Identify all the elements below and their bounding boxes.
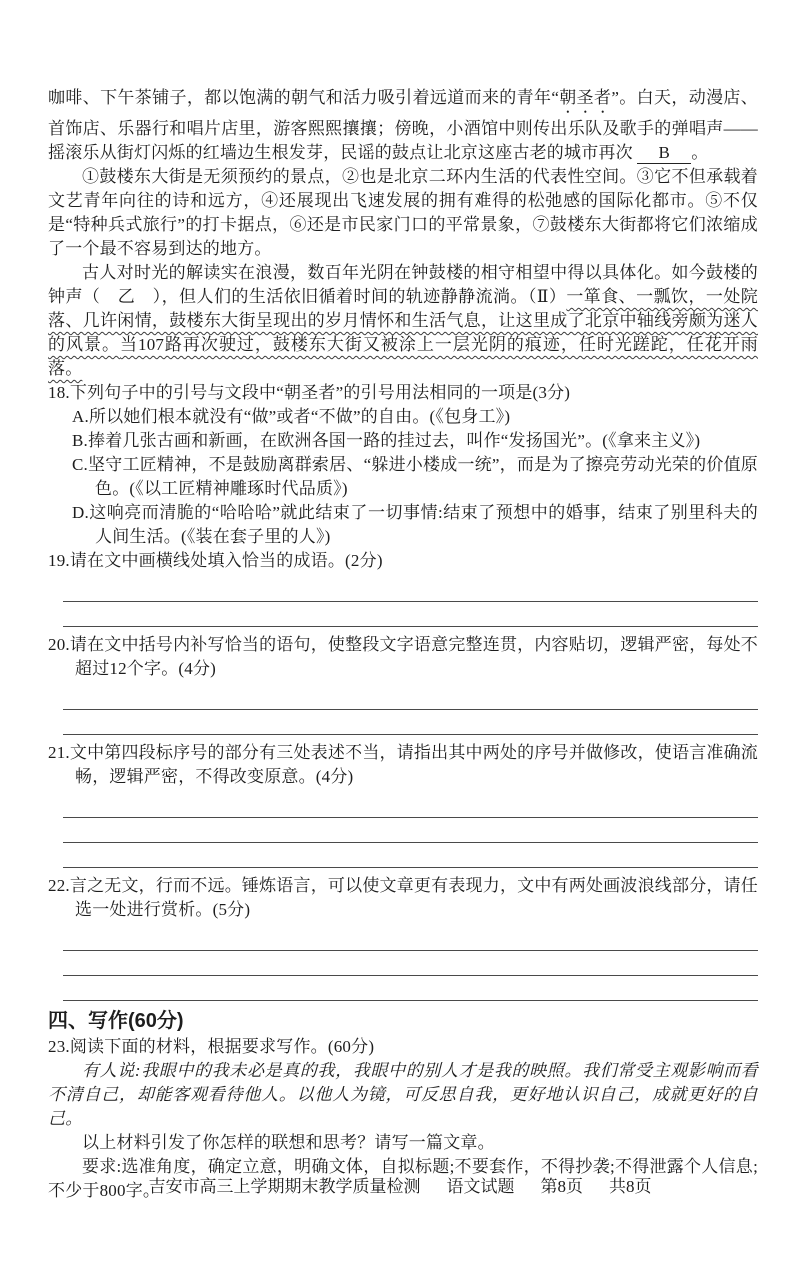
question-23-stem: 23.阅读下面的材料，根据要求写作。(60分) (48, 1035, 758, 1059)
footer-page-total: 共8页 (609, 1172, 652, 1197)
question-20: 20.请在文中括号内补写恰当的语句，使整段文字语意完整连贯，内容贴切，逻辑严密，… (48, 633, 758, 735)
blank-line-b: B (637, 143, 691, 164)
question-18-option-a: A.所以她们根本就没有“做”或者“不做”的自由。(《包身工》) (72, 405, 758, 429)
question-text: 下列句子中的引号与文段中“朝圣者”的引号用法相同的一项是(3分) (70, 383, 570, 402)
option-text: 所以她们根本就没有“做”或者“不做”的自由。(《包身工》) (89, 407, 510, 426)
passage-text: 咖啡、下午茶铺子，都以饱满的朝气和活力吸引着远道而来的青年“ (48, 88, 559, 107)
answer-line (63, 710, 758, 735)
question-18-option-b: B.捧着几张古画和新画，在欧洲各国一路的挂过去，叫作“发扬国光”。(《拿来主义》… (72, 429, 758, 453)
question-19-answer-area (48, 577, 758, 627)
footer-subject: 语文试题 (447, 1172, 515, 1197)
option-label: B. (72, 431, 88, 450)
answer-line (63, 818, 758, 843)
answer-line (63, 926, 758, 951)
footer-page-number: 第8页 (541, 1172, 584, 1197)
question-number: 18. (48, 383, 70, 402)
answer-line (63, 793, 758, 818)
answer-line (63, 602, 758, 627)
question-23-prompt: 以上材料引发了你怎样的联想和思考？请写一篇文章。 (48, 1131, 758, 1155)
passage-paragraph-2: ①鼓楼东大街是无须预约的景点，②也是北京二环内生活的代表性空间。③它不但承载着文… (48, 165, 758, 261)
question-text: 文中第四段标序号的部分有三处表述不当，请指出其中两处的序号并做修改，使语言准确流… (70, 743, 758, 786)
question-number: 20. (48, 635, 70, 654)
question-20-stem: 20.请在文中括号内补写恰当的语句，使整段文字语意完整连贯，内容贴切，逻辑严密，… (48, 633, 758, 681)
exam-content: 咖啡、下午茶铺子，都以饱满的朝气和活力吸引着远道而来的青年“朝圣者”。白天，动漫… (48, 86, 758, 1203)
option-text: 这响亮而清脆的“哈哈哈”就此结束了一切事情:结束了预想中的婚事，结束了别里科夫的… (89, 503, 758, 546)
answer-line (63, 843, 758, 868)
passage-paragraph-3: 古人对时光的解读实在浪漫，数百年光阴在钟鼓楼的相守相望中得以具体化。如今鼓楼的钟… (48, 261, 758, 381)
question-22: 22.言之无文，行而不远。锤炼语言，可以使文章更有表现力，文中有两处画波浪线部分… (48, 874, 758, 1001)
question-18: 18.下列句子中的引号与文段中“朝圣者”的引号用法相同的一项是(3分) A.所以… (48, 381, 758, 549)
question-22-answer-area (48, 926, 758, 1001)
question-21-stem: 21.文中第四段标序号的部分有三处表述不当，请指出其中两处的序号并做修改，使语言… (48, 741, 758, 789)
wavy-underline-segment-2: 当107路再次驶过，鼓楼东大街又被涂上一层光阴的痕迹，任时光蹉跎，任花开雨落。 (48, 335, 758, 378)
emphasized-term-chaoshengzhe: 朝圣者 (559, 88, 611, 107)
option-text: 捧着几张古画和新画，在欧洲各国一路的挂过去，叫作“发扬国光”。(《拿来主义》) (88, 431, 700, 450)
question-number: 21. (48, 743, 70, 762)
question-18-option-c: C.坚守工匠精神，不是鼓励离群索居、“躲进小楼成一统”，而是为了擦亮劳动光荣的价… (72, 453, 758, 501)
option-label: D. (72, 503, 89, 522)
question-20-answer-area (48, 685, 758, 735)
writing-section-heading: 四、写作(60分) (48, 1007, 758, 1035)
question-18-stem: 18.下列句子中的引号与文段中“朝圣者”的引号用法相同的一项是(3分) (48, 381, 758, 405)
question-text: 阅读下面的材料，根据要求写作。(60分) (70, 1037, 374, 1056)
option-label: C. (72, 455, 88, 474)
page-footer: 吉安市高三上学期期末教学质量检测 语文试题 第8页 共8页 (0, 1172, 800, 1197)
question-text: 请在文中括号内补写恰当的语句，使整段文字语意完整连贯，内容贴切，逻辑严密，每处不… (70, 635, 758, 678)
passage-text: 。 (691, 143, 708, 162)
answer-line (63, 685, 758, 710)
question-21: 21.文中第四段标序号的部分有三处表述不当，请指出其中两处的序号并做修改，使语言… (48, 741, 758, 868)
question-21-answer-area (48, 793, 758, 868)
option-text: 坚守工匠精神，不是鼓励离群索居、“躲进小楼成一统”，而是为了擦亮劳动光荣的价值原… (88, 455, 758, 498)
question-19: 19.请在文中画横线处填入恰当的成语。(2分) (48, 549, 758, 627)
question-22-stem: 22.言之无文，行而不远。锤炼语言，可以使文章更有表现力，文中有两处画波浪线部分… (48, 874, 758, 922)
passage-paragraph-1: 咖啡、下午茶铺子，都以饱满的朝气和活力吸引着远道而来的青年“朝圣者”。白天，动漫… (48, 86, 758, 165)
footer-exam-name: 吉安市高三上学期期末教学质量检测 (149, 1172, 421, 1197)
question-18-option-d: D.这响亮而清脆的“哈哈哈”就此结束了一切事情:结束了预想中的婚事，结束了别里科… (72, 501, 758, 549)
answer-line (63, 976, 758, 1001)
question-23-material: 有人说:我眼中的我未必是真的我，我眼中的别人才是我的映照。我们常受主观影响而看不… (48, 1059, 758, 1131)
question-19-stem: 19.请在文中画横线处填入恰当的成语。(2分) (48, 549, 758, 573)
question-number: 22. (48, 876, 70, 895)
question-number: 19. (48, 551, 70, 570)
answer-line (63, 577, 758, 602)
question-text: 言之无文，行而不远。锤炼语言，可以使文章更有表现力，文中有两处画波浪线部分，请任… (70, 876, 758, 919)
question-text: 请在文中画横线处填入恰当的成语。(2分) (70, 551, 383, 570)
exam-page: 咖啡、下午茶铺子，都以饱满的朝气和活力吸引着远道而来的青年“朝圣者”。白天，动漫… (0, 0, 800, 1285)
option-label: A. (72, 407, 89, 426)
answer-line (63, 951, 758, 976)
question-number: 23. (48, 1037, 70, 1056)
